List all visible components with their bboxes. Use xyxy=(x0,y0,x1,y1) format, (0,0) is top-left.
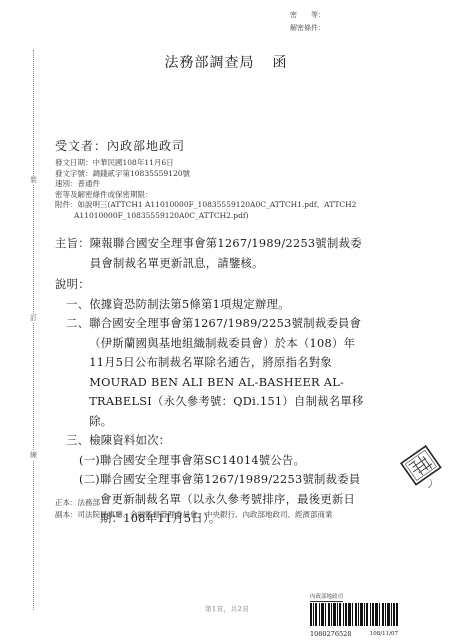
binding-char-ding: 訂 xyxy=(29,314,38,323)
attachments-cont[interactable]: A11010000F_10835559120A0C_ATTCH2.pdf) xyxy=(55,211,356,222)
copy-recipients: 副本：司法院民事廳、金融監督管理委員會、中央銀行、內政部地政司、經濟部商業 xyxy=(55,509,333,521)
recipient: 受文者：內政部地政司 xyxy=(55,137,185,154)
recipient-label: 受文者： xyxy=(55,139,107,153)
document-number: 發文字號：調錢貳字第10835559120號 xyxy=(55,169,356,180)
explanation-item: 一、 依據資恐防制法第5條第1項規定辦理。 xyxy=(55,295,365,315)
binding-char-xian: 線 xyxy=(29,451,38,460)
document-body: 主旨： 陳報聯合國安全理事會第1267/1989/2253號制裁委員會制裁名單更… xyxy=(55,234,365,529)
official-seal-stamp xyxy=(400,445,444,489)
document-meta: 發文日期：中華民國108年11月6日 發文字號：調錢貳字第10835559120… xyxy=(55,158,356,221)
recipient-name: 內政部地政司 xyxy=(107,139,185,153)
barcode-label: 內政部地政司 xyxy=(310,594,343,602)
barcode-date: 108/11/07 xyxy=(370,630,398,638)
issue-date: 發文日期：中華民國108年11月6日 xyxy=(55,158,356,169)
explanation-label: 說明： xyxy=(55,275,365,295)
binding-line xyxy=(33,50,34,610)
barcode-number: 1080276528 xyxy=(310,630,351,638)
subject-label: 主旨： xyxy=(55,234,90,273)
barcode-icon xyxy=(310,603,398,626)
explanation-subitem: (一) 聯合國安全理事會第SC14014號公告。 xyxy=(55,451,365,471)
declassify-condition: 解密條件： xyxy=(290,22,325,35)
distribution: 正本：法務部 副本：司法院民事廳、金融監督管理委員會、中央銀行、內政部地政司、經… xyxy=(55,497,333,521)
barcode-block: 內政部地政司 xyxy=(310,583,398,638)
page-title: 法務部調查局函 xyxy=(0,52,452,72)
binding-char-zhuang: 裝 xyxy=(29,176,38,185)
page-indicator: 第1頁，共2頁 xyxy=(205,604,249,613)
subject-text: 陳報聯合國安全理事會第1267/1989/2253號制裁委員會制裁名單更新訊息，… xyxy=(90,234,365,273)
attachment-links[interactable]: 如說明三(ATTCH1 A11010000F_10835559120A0C_AT… xyxy=(78,200,357,209)
explanation-item: 二、 聯合國安全理事會第1267/1989/2253號制裁委員會（伊斯蘭國與基地… xyxy=(55,314,365,431)
classification-level: 密 等： xyxy=(290,9,325,22)
seal-icon xyxy=(400,445,444,489)
attachments: 附件：如說明三(ATTCH1 A11010000F_10835559120A0C… xyxy=(55,200,356,211)
main-recipient: 正本：法務部 xyxy=(55,497,333,509)
secrecy-terms: 密等及解密條件或保密期限： xyxy=(55,190,356,201)
barcode-footer: 1080276528 108/11/07 xyxy=(310,630,398,638)
subject: 主旨： 陳報聯合國安全理事會第1267/1989/2253號制裁委員會制裁名單更… xyxy=(55,234,365,273)
document-type: 函 xyxy=(273,55,288,71)
delivery-speed: 速別：普通件 xyxy=(55,179,356,190)
classification-block: 密 等： 解密條件： xyxy=(290,9,325,35)
agency-name: 法務部調查局 xyxy=(165,55,255,71)
explanation-item: 三、 檢陳資料如次： xyxy=(55,431,365,451)
